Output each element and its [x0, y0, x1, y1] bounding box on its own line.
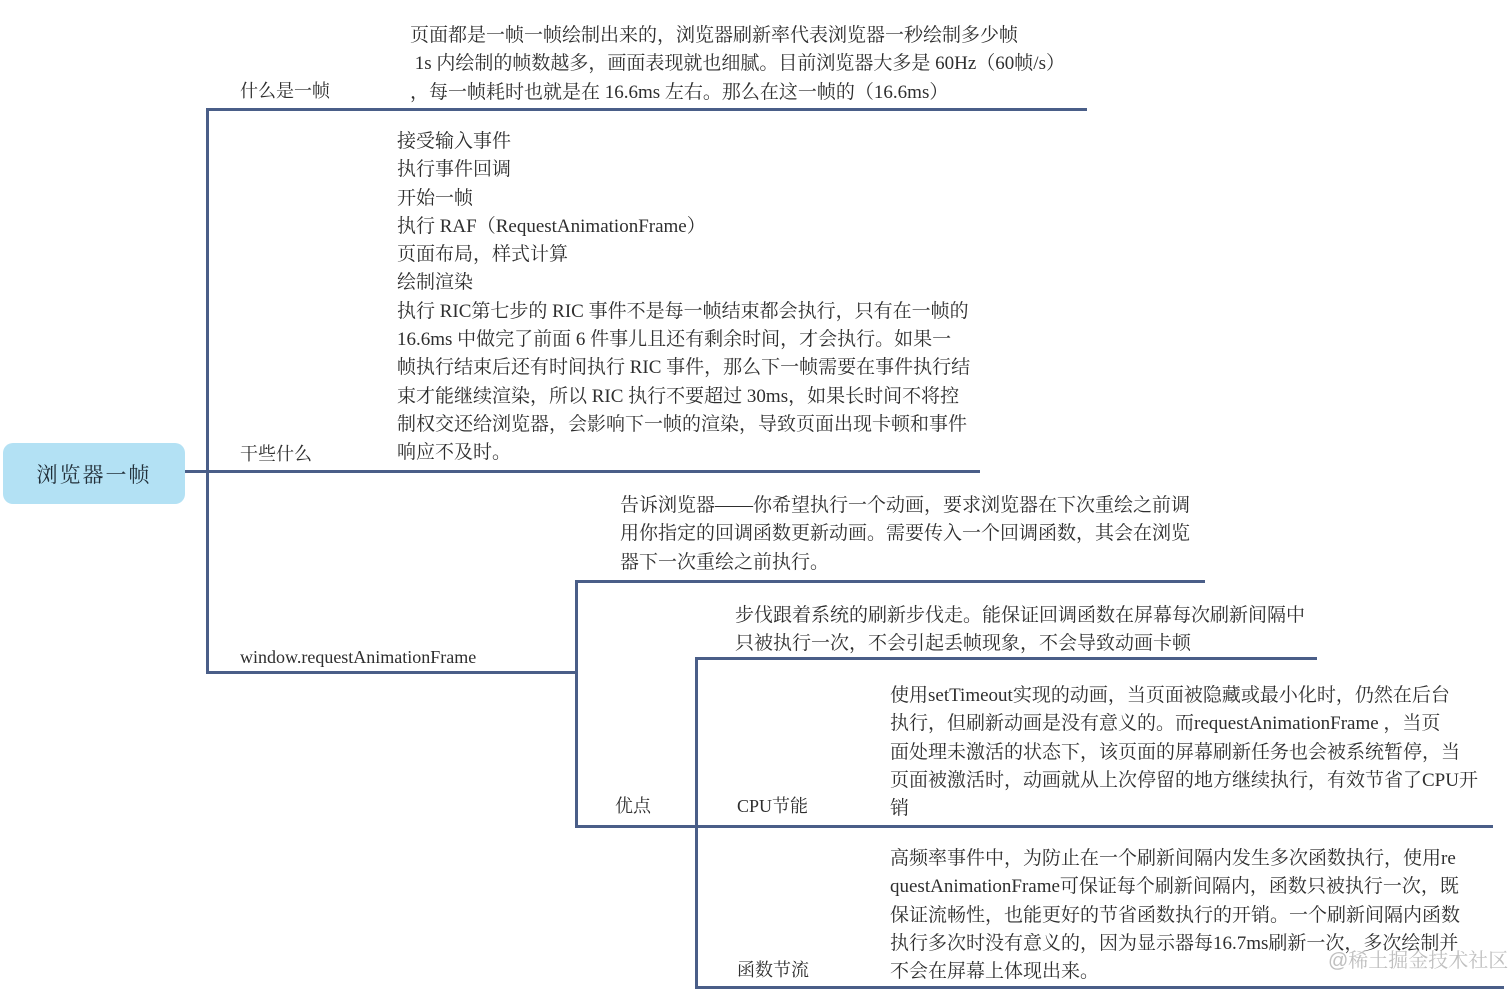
branch-line-raf-note — [577, 580, 1205, 583]
root-node-browser-frame: 浏览器一帧 — [3, 443, 185, 504]
branch-line-advantage-cpu — [577, 825, 1493, 828]
branch-line-what-is-a-frame — [207, 108, 1087, 111]
note-cpu-saving: 使用setTimeout实现的动画，当页面被隐藏或最小化时，仍然在后台 执行，但… — [890, 682, 1480, 823]
note-advantages: 步伐跟着系统的刷新步伐走。能保证回调函数在屏幕每次刷新间隔中 只被执行一次，不会… — [735, 602, 1335, 659]
mindmap-canvas: 浏览器一帧 什么是一帧 页面都是一帧一帧绘制出来的，浏览器刷新率代表浏览器一秒绘… — [0, 0, 1512, 992]
node-what-is-a-frame: 什么是一帧 — [240, 77, 330, 105]
note-request-animation-frame: 告诉浏览器——你希望执行一个动画，要求浏览器在下次重绘之前调 用你指定的回调函数… — [620, 492, 1220, 577]
node-advantages: 优点 — [615, 792, 651, 820]
node-cpu-saving: CPU节能 — [737, 792, 808, 820]
node-request-animation-frame: window.requestAnimationFrame — [240, 643, 476, 671]
node-function-throttle: 函数节流 — [737, 956, 809, 984]
trunk-advantage-children — [695, 657, 698, 989]
branch-line-what-to-do — [185, 470, 980, 473]
note-what-to-do: 接受输入事件 执行事件回调 开始一帧 执行 RAF（RequestAnimati… — [397, 128, 997, 468]
root-node-label: 浏览器一帧 — [37, 459, 152, 489]
note-what-is-a-frame: 页面都是一帧一帧绘制出来的，浏览器刷新率代表浏览器一秒绘制多少帧 1s 内绘制的… — [410, 22, 1100, 107]
juejin-watermark: @稀土掘金技术社区 — [1328, 944, 1508, 973]
node-what-to-do: 干些什么 — [240, 440, 312, 468]
branch-line-raf — [207, 671, 577, 674]
trunk-root-children — [206, 108, 209, 674]
trunk-raf-children — [575, 580, 578, 828]
